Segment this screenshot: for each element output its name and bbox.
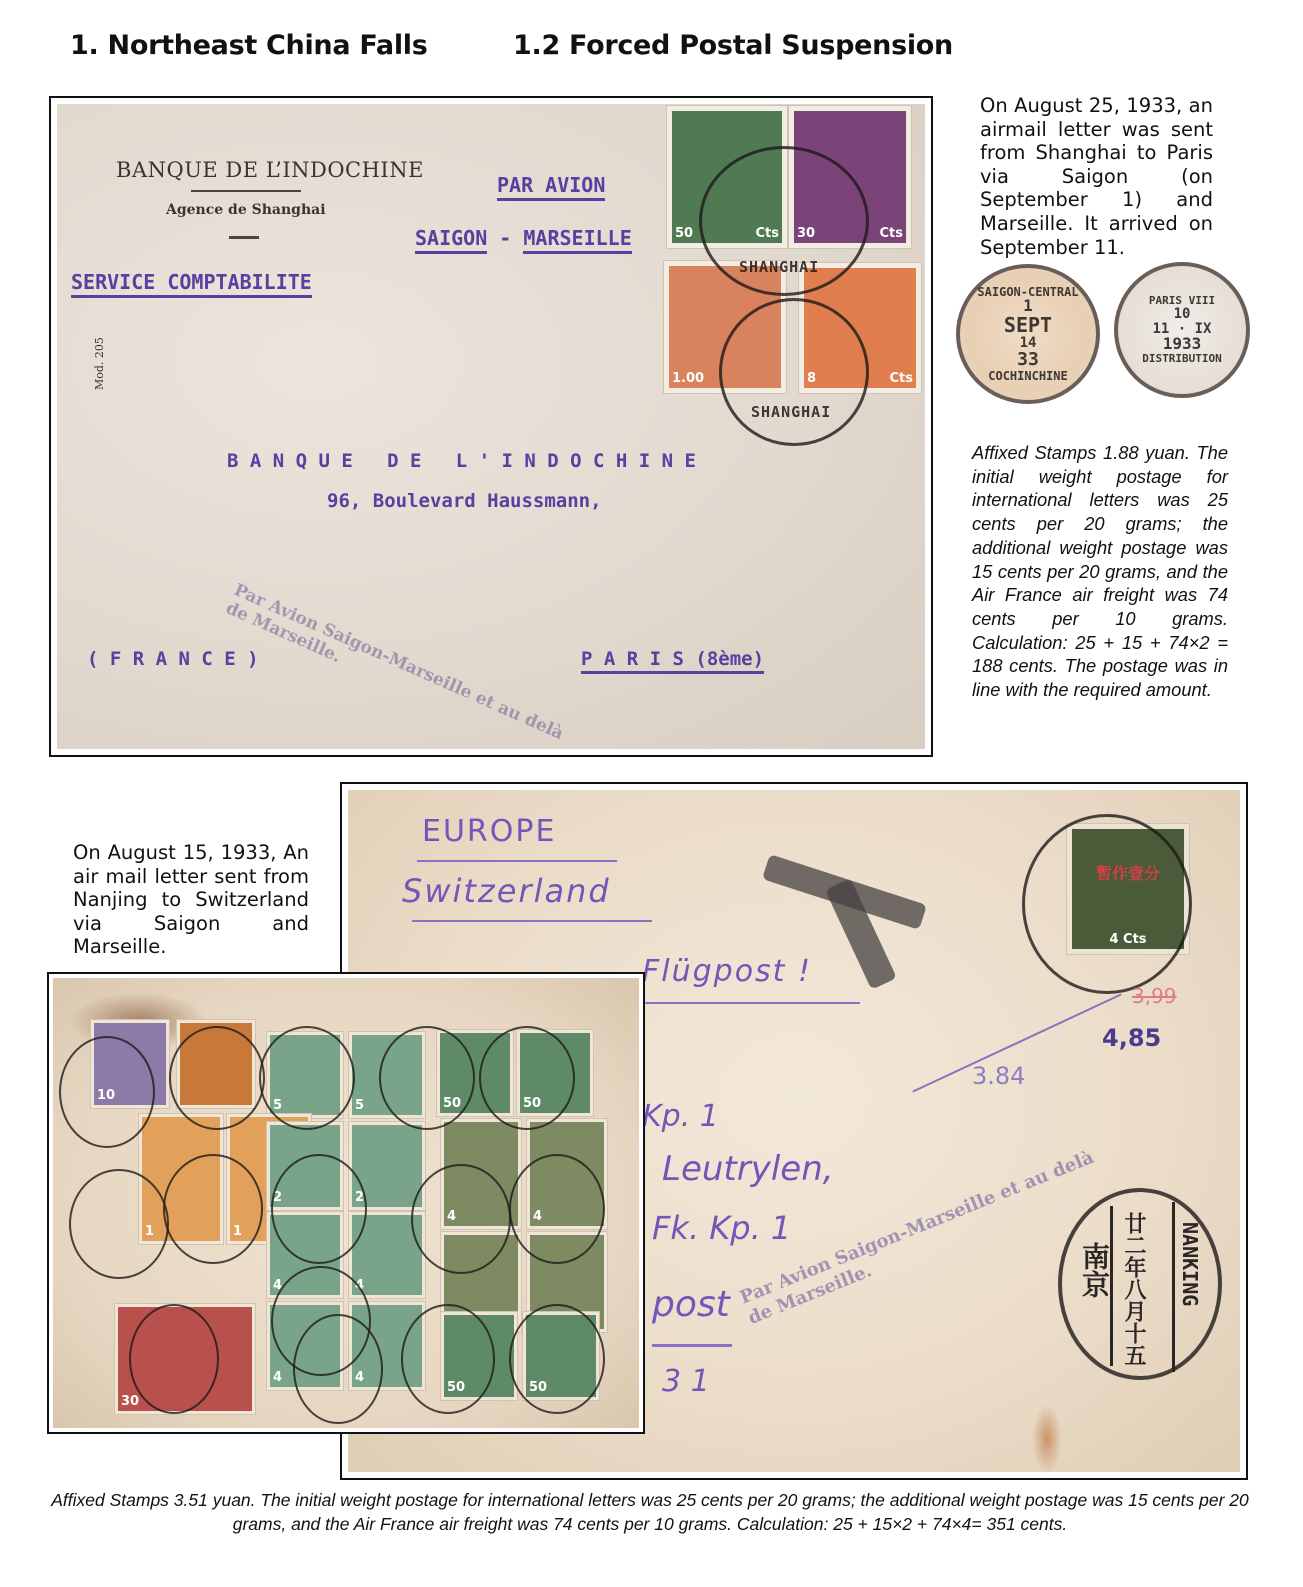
handwritten-address-4: post (652, 1284, 730, 1325)
postmark-nanking: NANKING 廿二年八月十五 南京 (1058, 1188, 1222, 1380)
sender-bank-name: BANQUE DE L’INDOCHINE (116, 158, 424, 182)
stamp-value: 30 (121, 1394, 139, 1409)
back-postmark (479, 1026, 575, 1130)
back-postmark (379, 1026, 475, 1130)
postmark-bar (1172, 1202, 1175, 1372)
back-postmark (411, 1164, 511, 1274)
par-avion-mark: PAR AVION (497, 173, 605, 201)
back-postmark (69, 1169, 169, 1279)
route-saigon: SAIGON (415, 226, 487, 254)
postmark-date: 廿二年八月十五 (1118, 1212, 1149, 1366)
paris-distribution-postmark: PARIS VIII 10 11 · IX 1933 DISTRIBUTION (1114, 262, 1250, 398)
postmark-year: 1933 (1163, 336, 1202, 353)
postmark-hour: 10 (1174, 307, 1191, 322)
crossed-amount: 3,99 (1132, 984, 1177, 1008)
city: P A R I S (581, 648, 684, 670)
postmark-label: SHANGHAI (739, 258, 819, 276)
handwritten-country: Switzerland (402, 872, 611, 910)
underline (412, 920, 652, 922)
underline (417, 860, 617, 862)
back-postmark (163, 1154, 263, 1264)
handwritten-amount-2: 3.84 (972, 1062, 1025, 1090)
service-line: SERVICE COMPTABILITE (71, 270, 312, 298)
back-postmark (129, 1304, 219, 1414)
subsection-heading: 1.2 Forced Postal Suspension (513, 30, 953, 61)
ornament (229, 236, 259, 239)
underline (640, 1002, 860, 1004)
address-country: ( F R A N C E ) (87, 648, 259, 670)
back-postmark (169, 1026, 265, 1130)
saigon-central-postmark: SAIGON-CENTRAL 1 SEPT 14 33 COCHINCHINE (956, 264, 1100, 404)
stain (1032, 1404, 1062, 1474)
back-postmark (259, 1026, 355, 1130)
postmark-shanghai-2 (719, 298, 869, 446)
handwritten-europe: EUROPE (422, 814, 556, 849)
postmark-bottom: COCHINCHINE (988, 370, 1067, 383)
form-number: Mod. 205 (93, 337, 106, 390)
postmark-chinese: 南京 (1074, 1242, 1114, 1298)
address-city: P A R I S (8ème) (581, 648, 764, 674)
postmark-bottom: DISTRIBUTION (1142, 353, 1221, 365)
stamp-value: 5 (355, 1098, 364, 1113)
cover2-postage-note: Affixed Stamps 3.51 yuan. The initial we… (50, 1488, 1250, 1536)
handwritten-address-1: Kp. 1 (642, 1099, 719, 1134)
back-postmark (293, 1314, 383, 1424)
postmark-nanking-front (1022, 814, 1192, 994)
back-postmark (509, 1304, 605, 1414)
route-marseille: MARSEILLE (523, 226, 631, 254)
handwritten-address-2: Leutrylen, (662, 1149, 834, 1189)
route-dash: - (499, 226, 511, 250)
cover1-description: On August 25, 1933, an airmail letter wa… (980, 94, 1213, 259)
back-postmark (401, 1304, 495, 1414)
sender-agency: Agence de Shanghai (166, 202, 326, 218)
cover-shanghai-paris: BANQUE DE L’INDOCHINE Agence de Shanghai… (49, 96, 933, 757)
cover-nanjing-switzerland-back: 10555050112244444430445050 (47, 972, 645, 1434)
postmark-month: SEPT (1004, 315, 1052, 336)
section-heading: 1. Northeast China Falls (70, 30, 428, 61)
stamp-value: 1.00 (672, 371, 704, 386)
handwritten-address-5: 3 1 (662, 1364, 710, 1399)
postmark-latin: NANKING (1178, 1222, 1202, 1306)
postmark-year: 33 (1017, 351, 1039, 370)
cover2-description: On August 15, 1933, An air mail letter s… (73, 841, 309, 959)
divider (191, 190, 301, 192)
route-mark: SAIGON - MARSEILLE (415, 226, 632, 250)
back-postmark (59, 1036, 155, 1148)
district: (8ème) (695, 648, 764, 670)
handwritten-amount: 4,85 (1102, 1024, 1161, 1052)
handwritten-address-3: Fk. Kp. 1 (652, 1209, 791, 1247)
stamp-value: 50 (675, 226, 693, 241)
address-line-1: B A N Q U E D E L ' I N D O C H I N E (227, 450, 696, 472)
underline (652, 1344, 732, 1347)
cover1-postage-note: Affixed Stamps 1.88 yuan. The initial we… (972, 441, 1228, 702)
handwritten-flugpost: Flügpost ! (642, 954, 812, 989)
address-line-2: 96, Boulevard Haussmann, (327, 490, 602, 512)
stamp-value: 4 (273, 1370, 282, 1385)
back-postmark (509, 1154, 605, 1264)
back-postmark (271, 1154, 367, 1264)
postmark-label: SHANGHAI (751, 403, 831, 421)
stamp-unit: Cts (880, 226, 904, 241)
stamp-unit: Cts (890, 371, 914, 386)
